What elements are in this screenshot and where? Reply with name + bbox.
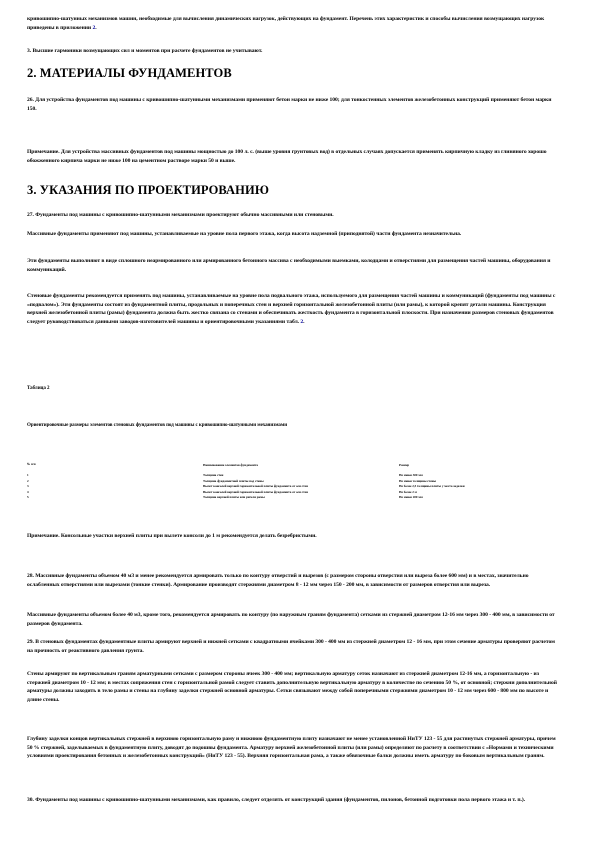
paragraph-massive-40: Массивные фундаменты объемом более 40 м3… — [27, 611, 557, 628]
paragraph-3: 3. Высшие гармоники возмущающих сил и мо… — [27, 47, 557, 56]
paragraph-wall: Стеновые фундаменты рекомендуется примен… — [27, 292, 557, 326]
table-caption: Ориентировочные размеры элементов стенов… — [27, 422, 557, 431]
header-element: Наименование элементов фундамента — [203, 462, 399, 473]
paragraph-top: кривошипно-шатунных механизмов машин, не… — [27, 15, 557, 32]
table-header-row: № п/п Наименование элементов фундамента … — [27, 462, 567, 473]
paragraph-walls: Стены армируют по вертикальным граням ар… — [27, 670, 557, 704]
paragraph-massive: Массивные фундаменты применяют под машин… — [27, 230, 557, 239]
table-row: 5 Толщина верхней плиты или ригеля рамы … — [27, 495, 567, 501]
note-materials: Примечание. Для устройства массивных фун… — [27, 148, 557, 165]
section-2-heading: 2. МАТЕРИАЛЫ ФУНДАМЕНТОВ — [27, 66, 232, 81]
paragraph-30: 30. Фундаменты под машины с кривошипно-ш… — [27, 796, 557, 805]
dimensions-table: № п/п Наименование элементов фундамента … — [27, 462, 567, 501]
header-size: Размер — [399, 462, 559, 473]
paragraph-depth: Глубину заделки концов вертикальных стер… — [27, 735, 557, 761]
section-3-heading: 3. УКАЗАНИЯ ПО ПРОЕКТИРОВАНИЮ — [27, 183, 269, 198]
paragraph-29: 29. В стеновых фундаментах фундаментные … — [27, 638, 557, 655]
paragraph-28: 28. Массивные фундаменты объемом 40 м3 и… — [27, 572, 557, 589]
paragraph-27: 27. Фундаменты под машины с кривошипно-ш… — [27, 211, 557, 220]
paragraph-these: Эти фундаменты выполняют в виде сплошног… — [27, 257, 557, 274]
note-console: Примечание. Консольные участки верхней п… — [27, 532, 557, 541]
header-number: № п/п — [27, 462, 203, 473]
paragraph-26: 26. Для устройства фундаментов под машин… — [27, 96, 557, 113]
document-page: кривошипно-шатунных механизмов машин, не… — [0, 0, 595, 842]
table-label: Таблица 2 — [27, 385, 557, 394]
